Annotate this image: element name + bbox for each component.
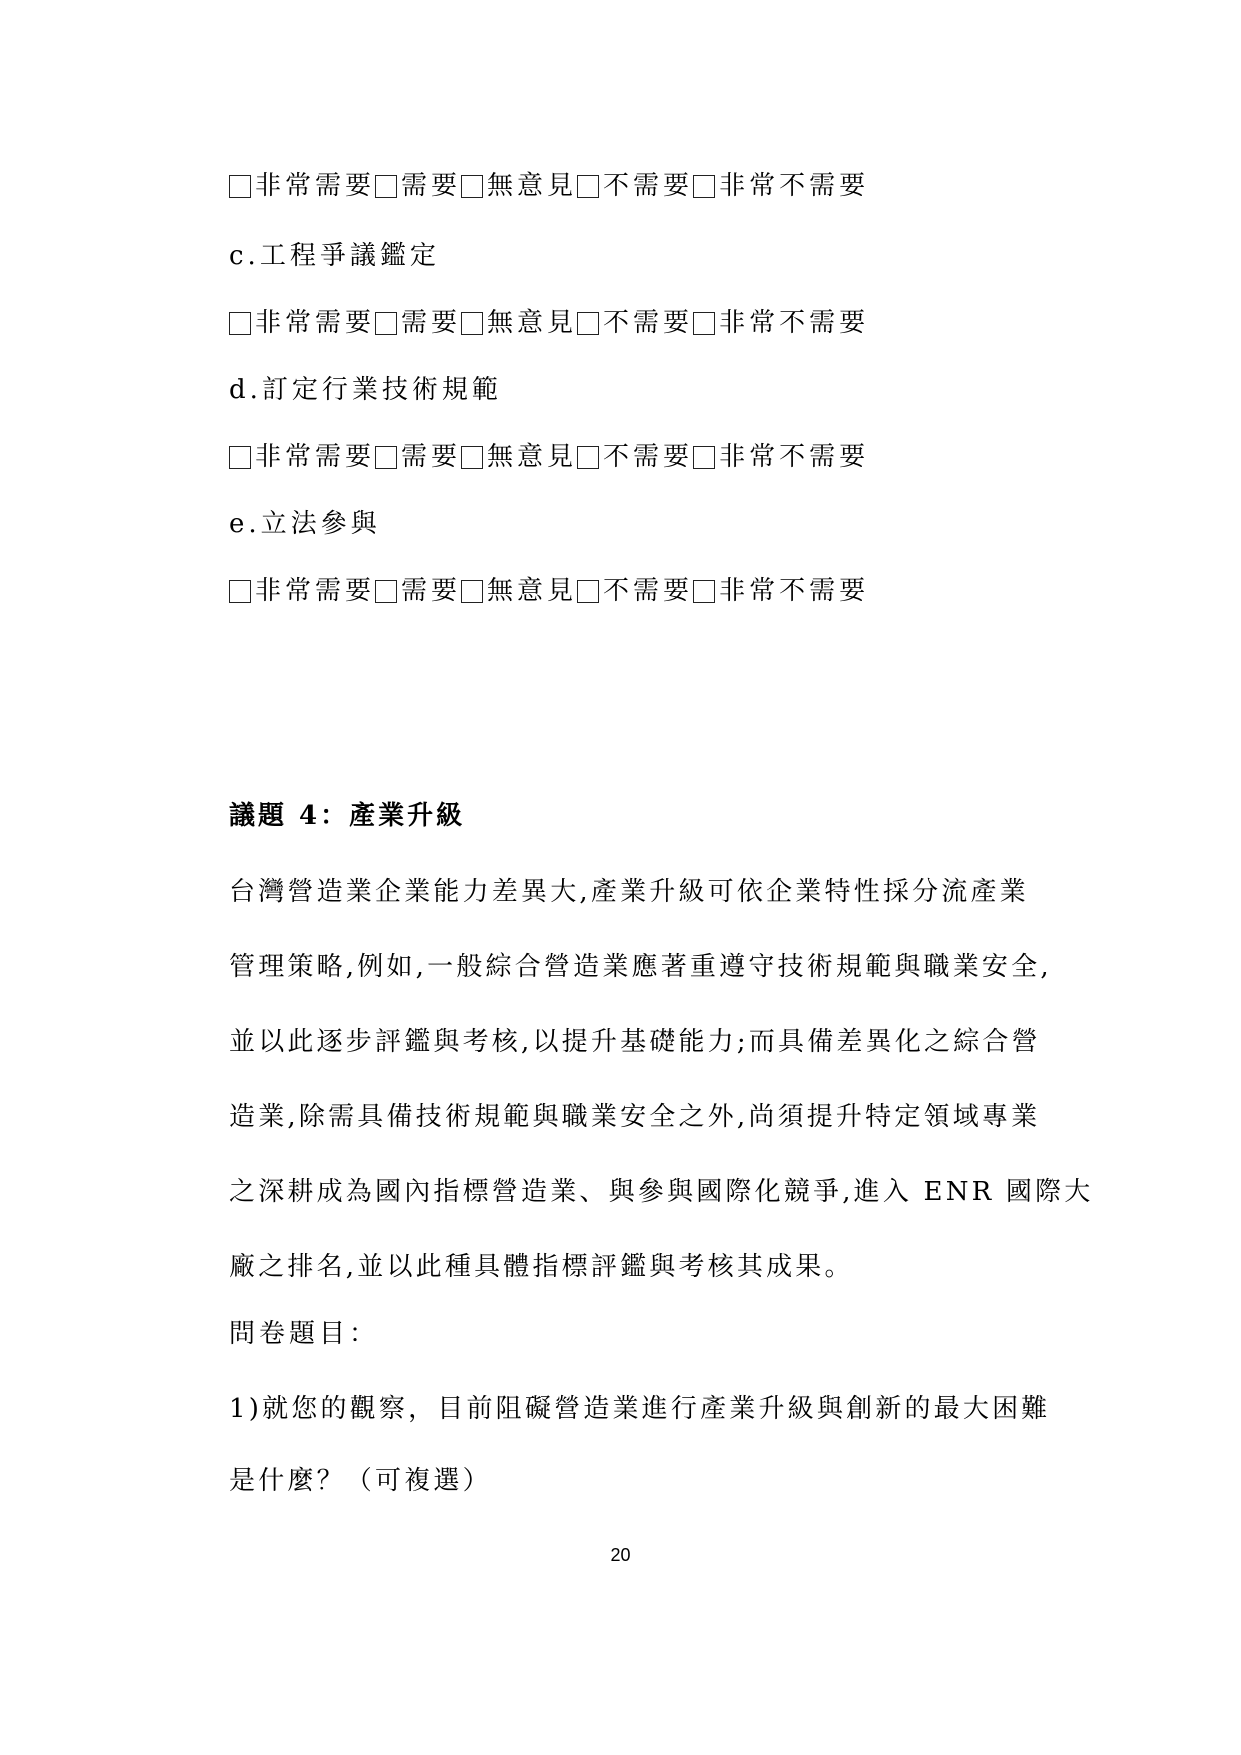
questionnaire-label: 問卷題目： bbox=[229, 1318, 379, 1350]
option-very-necessary[interactable]: 非常需要 bbox=[229, 441, 375, 473]
option-not-necessary[interactable]: 不需要 bbox=[577, 307, 693, 339]
rating-row-b: 非常需要 需要 無意見 不需要 非常不需要 bbox=[229, 170, 869, 202]
question-1-line: 是什麼？（可複選） bbox=[229, 1465, 492, 1497]
checkbox-icon[interactable] bbox=[577, 175, 599, 198]
option-not-necessary[interactable]: 不需要 bbox=[577, 575, 693, 607]
option-very-necessary[interactable]: 非常需要 bbox=[229, 307, 375, 339]
option-no-opinion[interactable]: 無意見 bbox=[461, 575, 577, 607]
item-label-c: c.工程爭議鑑定 bbox=[229, 240, 440, 272]
checkbox-icon[interactable] bbox=[577, 446, 599, 469]
checkbox-icon[interactable] bbox=[461, 446, 483, 469]
item-label-d: d.訂定行業技術規範 bbox=[229, 374, 502, 406]
option-necessary[interactable]: 需要 bbox=[375, 307, 461, 339]
option-no-opinion[interactable]: 無意見 bbox=[461, 307, 577, 339]
checkbox-icon[interactable] bbox=[577, 312, 599, 335]
checkbox-icon[interactable] bbox=[375, 580, 397, 603]
paragraph-line: 管理策略,例如,一般綜合營造業應著重遵守技術規範與職業安全, bbox=[229, 951, 1052, 983]
checkbox-icon[interactable] bbox=[693, 580, 715, 603]
checkbox-icon[interactable] bbox=[375, 312, 397, 335]
section-heading: 議題 4：產業升級 bbox=[229, 800, 465, 832]
option-very-necessary[interactable]: 非常需要 bbox=[229, 170, 375, 202]
option-very-unnecessary[interactable]: 非常不需要 bbox=[693, 170, 869, 202]
rating-row-d: 非常需要 需要 無意見 不需要 非常不需要 bbox=[229, 441, 869, 473]
rating-row-c: 非常需要 需要 無意見 不需要 非常不需要 bbox=[229, 307, 869, 339]
checkbox-icon[interactable] bbox=[461, 580, 483, 603]
option-necessary[interactable]: 需要 bbox=[375, 441, 461, 473]
option-no-opinion[interactable]: 無意見 bbox=[461, 441, 577, 473]
paragraph-line: 造業,除需具備技術規範與職業安全之外,尚須提升特定領域專業 bbox=[229, 1101, 1040, 1133]
checkbox-icon[interactable] bbox=[461, 175, 483, 198]
checkbox-icon[interactable] bbox=[229, 446, 251, 469]
checkbox-icon[interactable] bbox=[375, 175, 397, 198]
paragraph-line: 並以此逐步評鑑與考核,以提升基礎能力;而具備差異化之綜合營 bbox=[229, 1026, 1041, 1058]
option-necessary[interactable]: 需要 bbox=[375, 170, 461, 202]
item-label-e: e.立法參與 bbox=[229, 508, 381, 540]
checkbox-icon[interactable] bbox=[693, 446, 715, 469]
paragraph-line: 之深耕成為國內指標營造業、與參與國際化競爭,進入 ENR 國際大 bbox=[229, 1176, 1094, 1208]
document-page: 非常需要 需要 無意見 不需要 非常不需要 c.工程爭議鑑定 非常需要 需要 無… bbox=[0, 0, 1241, 1755]
option-very-unnecessary[interactable]: 非常不需要 bbox=[693, 307, 869, 339]
checkbox-icon[interactable] bbox=[693, 175, 715, 198]
paragraph-line: 廠之排名,並以此種具體指標評鑑與考核其成果。 bbox=[229, 1251, 854, 1283]
question-1-line: 1)就您的觀察，目前阻礙營造業進行產業升級與創新的最大困難 bbox=[229, 1393, 1051, 1425]
checkbox-icon[interactable] bbox=[229, 580, 251, 603]
checkbox-icon[interactable] bbox=[577, 580, 599, 603]
rating-row-e: 非常需要 需要 無意見 不需要 非常不需要 bbox=[229, 575, 869, 607]
checkbox-icon[interactable] bbox=[229, 312, 251, 335]
option-very-unnecessary[interactable]: 非常不需要 bbox=[693, 575, 869, 607]
option-necessary[interactable]: 需要 bbox=[375, 575, 461, 607]
checkbox-icon[interactable] bbox=[229, 175, 251, 198]
option-very-unnecessary[interactable]: 非常不需要 bbox=[693, 441, 869, 473]
checkbox-icon[interactable] bbox=[693, 312, 715, 335]
option-very-necessary[interactable]: 非常需要 bbox=[229, 575, 375, 607]
checkbox-icon[interactable] bbox=[461, 312, 483, 335]
checkbox-icon[interactable] bbox=[375, 446, 397, 469]
option-not-necessary[interactable]: 不需要 bbox=[577, 441, 693, 473]
page-number: 20 bbox=[0, 1545, 1241, 1566]
option-not-necessary[interactable]: 不需要 bbox=[577, 170, 693, 202]
option-no-opinion[interactable]: 無意見 bbox=[461, 170, 577, 202]
paragraph-line: 台灣營造業企業能力差異大,產業升級可依企業特性採分流產業 bbox=[229, 876, 1029, 908]
